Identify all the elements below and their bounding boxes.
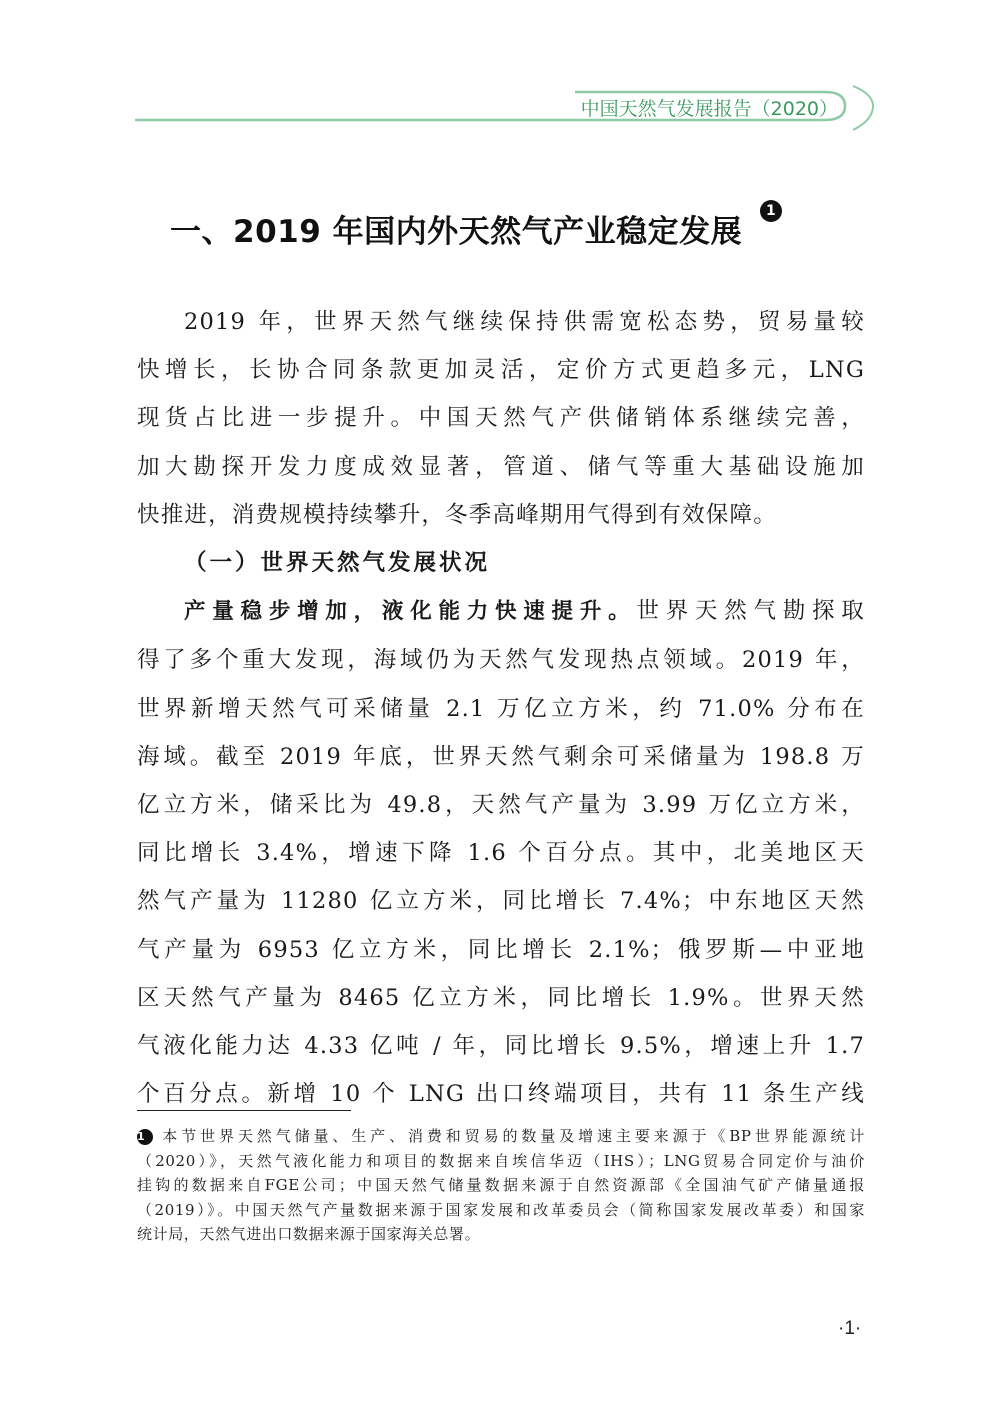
text-line: 2019 年，世界天然气继续保持供需宽松态势，贸易量较 <box>137 298 865 346</box>
text-line: 海域。截至 2019 年底，世界天然气剩余可采储量为 198.8 万 <box>137 733 865 781</box>
text-line: 产量稳步增加，液化能力快速提升。世界天然气勘探取 <box>137 587 865 636</box>
footnote-line: 1本节世界天然气储量、生产、消费和贸易的数量及增速主要来源于《BP世界能源统计 <box>137 1124 865 1149</box>
intro-paragraph: 2019 年，世界天然气继续保持供需宽松态势，贸易量较 快增长，长协合同条款更加… <box>137 298 865 539</box>
text-line: 气液化能力达 4.33 亿吨 / 年，同比增长 9.5%，增速上升 1.7 <box>137 1022 865 1070</box>
page-number: ·1· <box>838 1318 861 1340</box>
subsection-heading: （一）世界天然气发展状况 <box>137 539 865 587</box>
text-line: 区天然气产量为 8465 亿立方米，同比增长 1.9%。世界天然 <box>137 974 865 1022</box>
text-line: 世界新增天然气可采储量 2.1 万亿立方米，约 71.0% 分布在 <box>137 685 865 733</box>
footnote-reference-icon[interactable]: 1 <box>760 200 782 222</box>
section-title: 一、2019 年国内外天然气产业稳定发展 1 <box>170 206 742 251</box>
footnote-line: （2020）》，天然气液化能力和项目的数据来自埃信华迈（IHS）；LNG贸易合同… <box>137 1149 865 1174</box>
text-line: 现货占比进一步提升。中国天然气产供储销体系继续完善， <box>137 394 865 442</box>
text-line-rest: 世界天然气勘探取 <box>636 598 865 624</box>
text-line: 然气产量为 11280 亿立方米，同比增长 7.4%；中东地区天然 <box>137 877 865 925</box>
text-line: 得了多个重大发现，海域仍为天然气发现热点领域。2019 年， <box>137 636 865 684</box>
text-line: 气产量为 6953 亿立方米，同比增长 2.1%；俄罗斯—中亚地 <box>137 926 865 974</box>
production-paragraph: 产量稳步增加，液化能力快速提升。世界天然气勘探取 得了多个重大发现，海域仍为天然… <box>137 587 865 1118</box>
running-header: 中国天然气发展报告（2020） <box>135 84 880 134</box>
running-title: 中国天然气发展报告（2020） <box>581 94 838 121</box>
footnote-marker-icon: 1 <box>137 1129 153 1145</box>
text-line: 加大勘探开发力度成效显著，管道、储气等重大基础设施加 <box>137 443 865 491</box>
footnote: 1本节世界天然气储量、生产、消费和贸易的数量及增速主要来源于《BP世界能源统计 … <box>137 1124 865 1247</box>
footnote-line: 统计局，天然气进出口数据来源于国家海关总署。 <box>137 1222 865 1247</box>
paragraph-lead: 产量稳步增加，液化能力快速提升。 <box>184 599 636 624</box>
text-line: 亿立方米，储采比为 49.8，天然气产量为 3.99 万亿立方米， <box>137 781 865 829</box>
footnote-text: 本节世界天然气储量、生产、消费和贸易的数量及增速主要来源于《BP世界能源统计 <box>159 1127 865 1145</box>
footnote-line: （2019）》。中国天然气产量数据来源于国家发展和改革委员会（简称国家发展改革委… <box>137 1198 865 1223</box>
text-line: 同比增长 3.4%，增速下降 1.6 个百分点。其中，北美地区天 <box>137 829 865 877</box>
footnote-line: 挂钩的数据来自FGE公司；中国天然气储量数据来源于自然资源部《全国油气矿产储量通… <box>137 1173 865 1198</box>
text-line: 快推进，消费规模持续攀升，冬季高峰期用气得到有效保障。 <box>137 491 865 539</box>
footnote-divider <box>137 1110 351 1111</box>
section-title-text: 一、2019 年国内外天然气产业稳定发展 <box>170 214 742 250</box>
text-line: 个百分点。新增 10 个 LNG 出口终端项目，共有 11 条生产线 <box>137 1070 865 1118</box>
body-text: 2019 年，世界天然气继续保持供需宽松态势，贸易量较 快增长，长协合同条款更加… <box>137 298 865 1118</box>
text-line: 快增长，长协合同条款更加灵活，定价方式更趋多元，LNG <box>137 346 865 394</box>
